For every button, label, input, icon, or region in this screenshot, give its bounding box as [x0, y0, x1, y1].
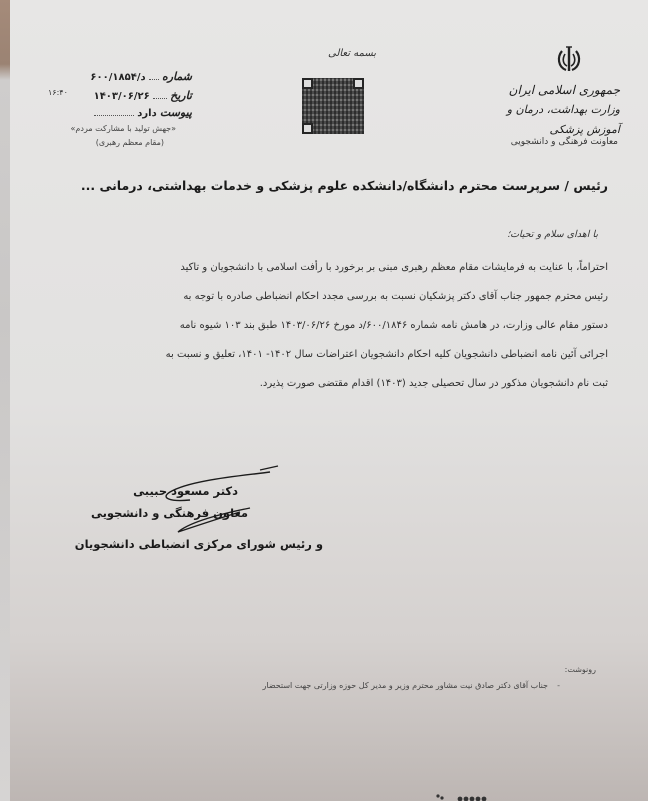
qr-finder-icon — [302, 78, 313, 89]
date-label: تاریخ — [170, 89, 192, 102]
letter-date-row: تاریخ ۱۴۰۳/۰۶/۲۶ — [94, 89, 192, 102]
slogan-source: (مقام معظم رهبری) — [96, 138, 164, 147]
cc-label: رونوشت: — [565, 665, 596, 674]
body-line: رئیس محترم جمهور جناب آقای دکتر پزشکیان … — [183, 291, 608, 302]
body-line: احتراماً، با عنایت به فرمایشات مقام معظم… — [180, 262, 608, 273]
date-value: ۱۴۰۳/۰۶/۲۶ — [94, 91, 150, 102]
dotted-line — [153, 98, 167, 99]
dotted-line — [149, 79, 159, 80]
partial-stamp-icon — [434, 790, 494, 801]
number-value: د/۶۰۰/۱۸۵۴ — [90, 72, 145, 83]
attachment-label: پیوست — [160, 106, 192, 119]
greeting: با اهدای سلام و تحیات؛ — [507, 229, 598, 240]
attachment-value: دارد — [137, 108, 156, 119]
letter-number-row: شماره د/۶۰۰/۱۸۵۴ — [90, 70, 192, 83]
deputy-name: معاونت فرهنگی و دانشجویی — [511, 137, 618, 147]
number-label: شماره — [162, 70, 192, 83]
qr-finder-icon — [302, 123, 313, 134]
recipient-line: رئیس / سرپرست محترم دانشگاه/دانشکده علوم… — [81, 178, 608, 193]
dotted-line — [94, 115, 134, 116]
signatory-title: معاون فرهنگی و دانشجویی — [91, 506, 248, 520]
signatory-title-2: و رئیس شورای مرکزی انضباطی دانشجویان — [75, 537, 323, 551]
time-stamp: ۱۶:۴۰ — [48, 88, 68, 97]
ministry-name: وزارت بهداشت، درمان و آموزش پزشکی — [480, 100, 620, 140]
handwritten-signature-icon — [150, 462, 310, 534]
body-line: اجرائی آئین نامه انضباطی دانشجویان کلیه … — [166, 349, 608, 360]
iran-emblem-icon — [555, 45, 583, 75]
cc-bullet: - — [557, 681, 560, 690]
letter-page: جمهوری اسلامی ایران وزارت بهداشت، درمان … — [10, 0, 648, 801]
signatory-name: دکتر مسعود حبیبی — [133, 484, 238, 498]
bismillah-heading: بسمه تعالی — [328, 48, 376, 59]
cc-recipient: جناب آقای دکتر صادق نیت مشاور محترم وزیر… — [263, 681, 548, 690]
ministry-letterhead: جمهوری اسلامی ایران وزارت بهداشت، درمان … — [480, 80, 620, 140]
qr-finder-icon — [353, 78, 364, 89]
body-line: دستور مقام عالی وزارت، در هامش نامه شمار… — [180, 320, 608, 331]
photo-edge-strip — [0, 0, 10, 801]
letter-attachment-row: پیوست دارد — [94, 106, 192, 119]
body-line: ثبت نام دانشجویان مذکور در سال تحصیلی جد… — [260, 378, 608, 389]
slogan: «جهش تولید با مشارکت مردم» — [71, 124, 176, 133]
country-name: جمهوری اسلامی ایران — [480, 80, 620, 100]
qr-code — [302, 78, 364, 134]
